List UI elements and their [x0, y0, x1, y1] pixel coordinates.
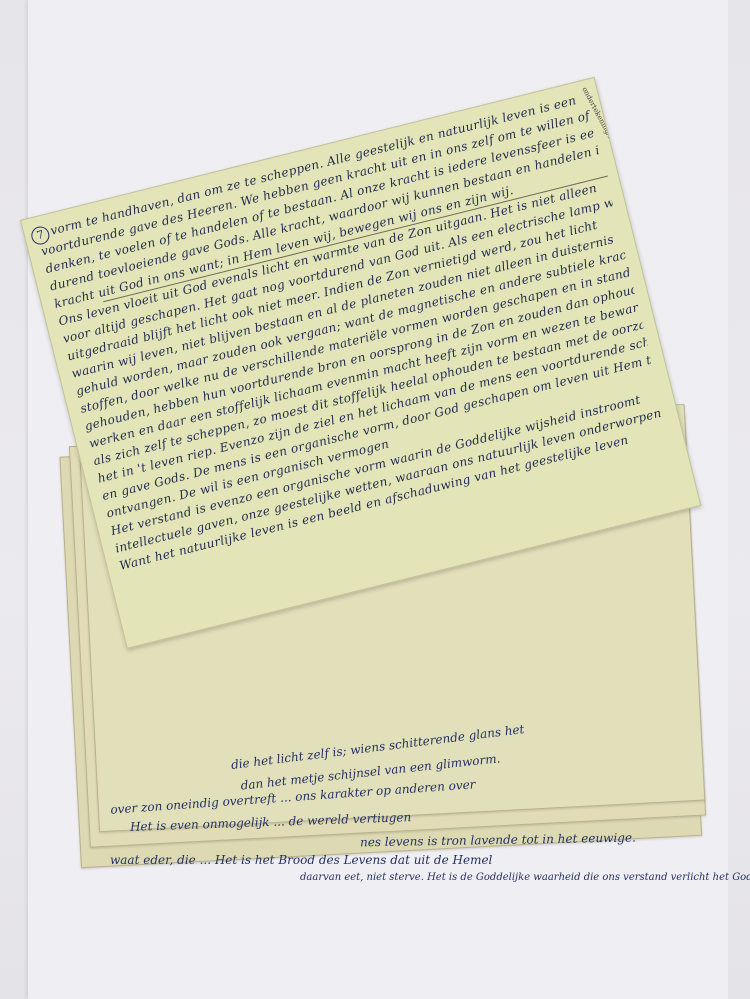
- handwritten-line: daarvan eet, niet sterve. Het is de Godd…: [300, 872, 750, 883]
- handwritten-line: waat eder, die ... Het is het Brood des …: [110, 853, 492, 867]
